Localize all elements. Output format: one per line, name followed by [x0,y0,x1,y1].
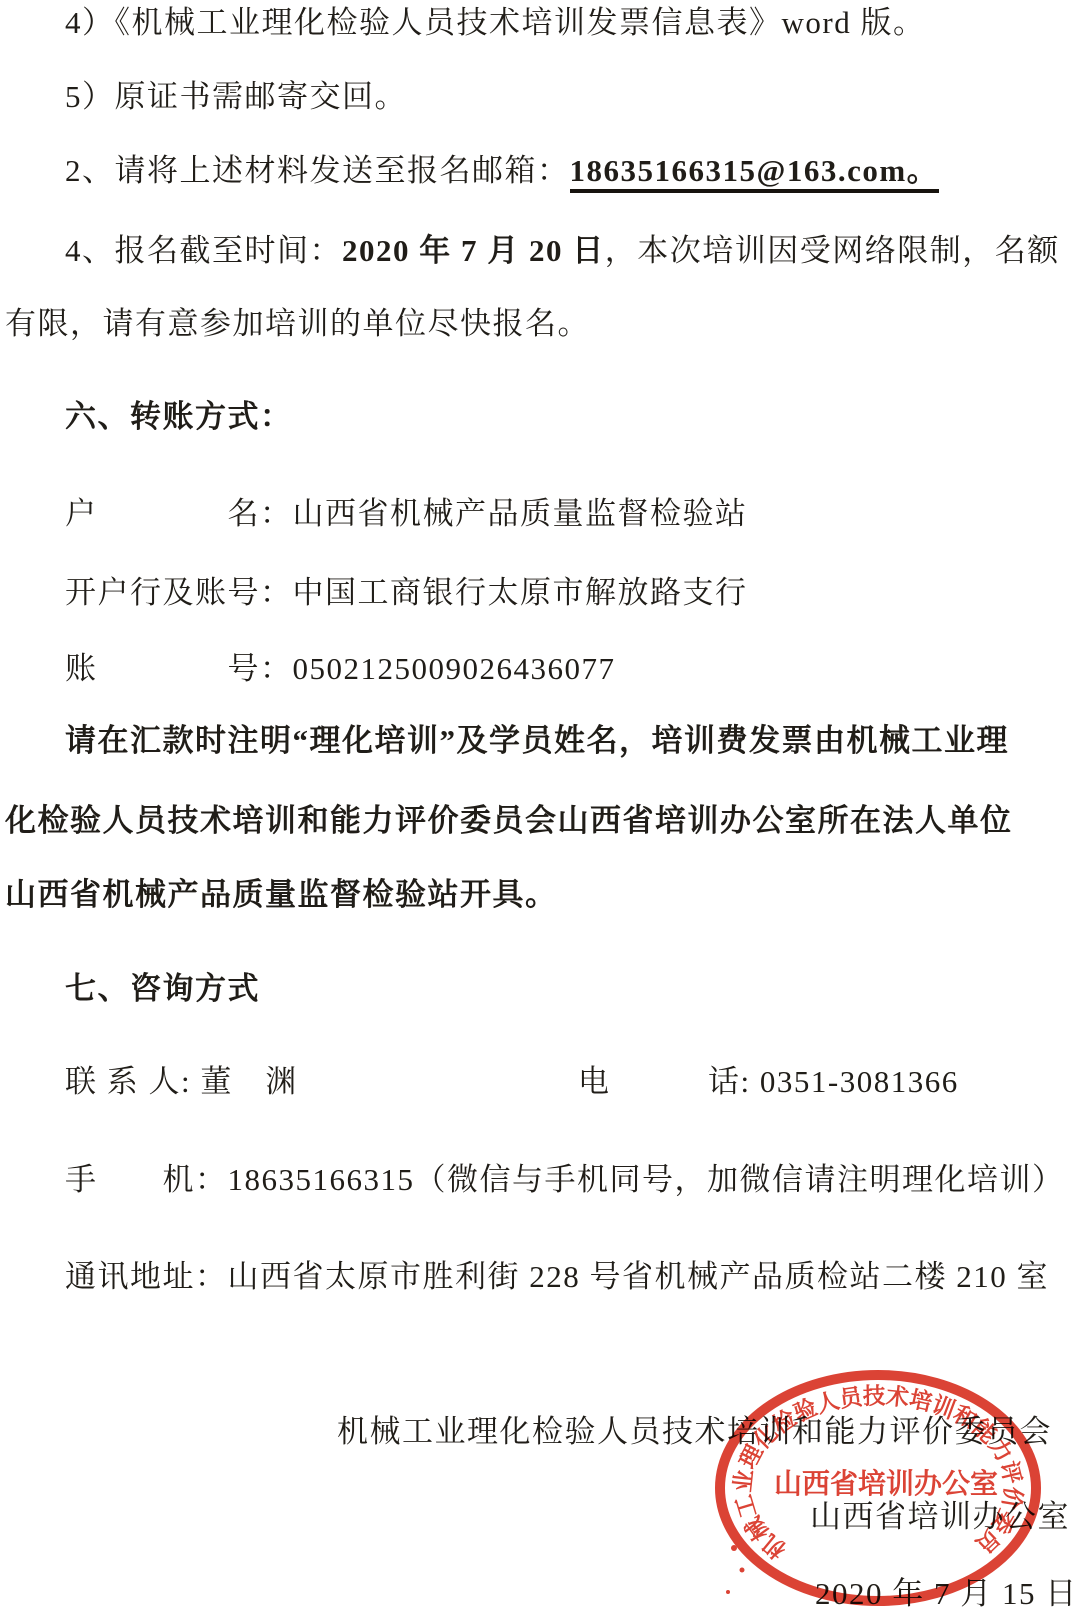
remittance-note-line-1: 请在汇款时注明“理化培训”及学员姓名，培训费发票由机械工业理 [65,722,1009,760]
address-line: 通讯地址：山西省太原市胜利街 228 号省机械产品质检站二楼 210 室 [65,1258,1049,1296]
contact-person-label: 联 系 人: [65,1064,200,1099]
ink-speckle [740,1568,745,1573]
list-item-invoice-form: 4）《机械工业理化检验人员技术培训发票信息表》word 版。 [65,4,925,42]
account-name-label: 户 名： [65,496,293,531]
mobile-line: 手 机：18635166315（微信与手机同号，加微信请注明理化培训） [65,1161,1065,1199]
ink-speckle [731,1545,737,1551]
section-title-transfer-method: 六、转账方式： [65,398,293,436]
account-number-value: 0502125009026436077 [293,651,616,686]
seal-ring-text: 机械工业理化检验人员技术培训和能力评价委员会 [706,1362,1027,1563]
list-item-certificate-return: 5）原证书需邮寄交回。 [65,78,407,116]
phone-line: 电 话: 0351-3081366 [578,1063,959,1101]
contact-person-line: 联 系 人: 董 渊 [65,1063,298,1101]
remittance-note-line-3: 山西省机械产品质量监督检验站开具。 [5,876,558,914]
deadline-line-2: 有限，请有意参加培训的单位尽快报名。 [5,305,590,343]
seal-center-text: 山西省培训办公室 [774,1467,998,1500]
bank-value: 中国工商银行太原市解放路支行 [293,575,748,610]
deadline-suffix: ，本次培训因受网络限制，名额 [605,233,1060,268]
mobile-label: 手 机： [65,1162,228,1197]
scanned-document-page: 4）《机械工业理化检验人员技术培训发票信息表》word 版。 5）原证书需邮寄交… [0,0,1080,1623]
account-name-value: 山西省机械产品质量监督检验站 [293,496,748,531]
phone-number: 0351-3081366 [760,1064,959,1099]
address-value: 山西省太原市胜利街 228 号省机械产品质检站二楼 210 室 [228,1259,1050,1294]
deadline-date: 2020 年 7 月 20 日 [342,233,605,268]
bank-label: 开户行及账号： [65,575,293,610]
section-title-consultation: 七、咨询方式 [65,970,260,1008]
remittance-note-line-2: 化检验人员技术培训和能力评价委员会山西省培训办公室所在法人单位 [5,802,1013,840]
account-number-label: 账 号： [65,651,293,686]
phone-label: 电 话: [578,1064,760,1099]
contact-person-name: 董 渊 [200,1064,298,1099]
email-line: 2、请将上述材料发送至报名邮箱：18635166315@163.com。 [65,152,939,190]
ink-speckle [751,1556,754,1559]
address-label: 通讯地址： [65,1259,228,1294]
ink-speckle [726,1590,730,1594]
account-number-line: 账 号：0502125009026436077 [65,650,616,688]
deadline-line: 4、报名截至时间：2020 年 7 月 20 日，本次培训因受网络限制，名额 [65,232,1060,270]
mobile-value: 18635166315（微信与手机同号，加微信请注明理化培训） [228,1162,1065,1197]
deadline-prefix: 4、报名截至时间： [65,233,342,268]
account-name-line: 户 名：山西省机械产品质量监督检验站 [65,495,748,533]
registration-email: 18635166315@163.com。 [570,153,940,193]
email-line-prefix: 2、请将上述材料发送至报名邮箱： [65,153,570,188]
official-seal: 机械工业理化检验人员技术培训和能力评价委员会 山西省培训办公室 [706,1362,1050,1618]
bank-line: 开户行及账号：中国工商银行太原市解放路支行 [65,574,748,612]
